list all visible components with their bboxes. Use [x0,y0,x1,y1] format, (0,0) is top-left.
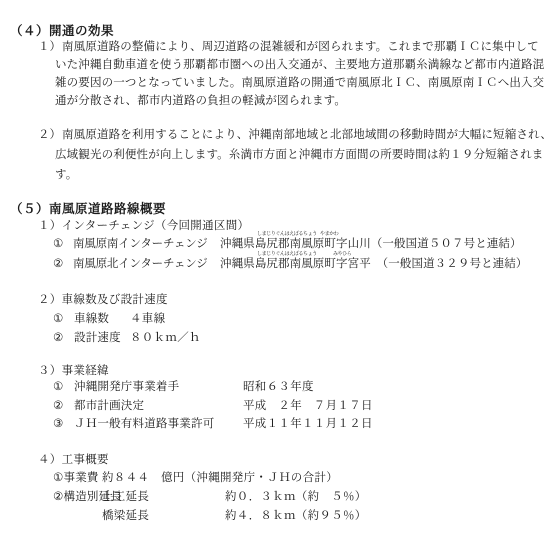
location-prefecture: 沖縄県 [220,258,255,270]
location-prefecture: 沖縄県 [220,238,255,250]
construction-row: ②構造別延長 土工延長 約０．３ｋｍ（約 ５％） [0,491,545,510]
interchange-name: 南風原北インターチェンジ [73,258,208,271]
text-line: す。 [55,169,537,189]
location-county: 島尻郡南風原町 [255,258,336,270]
spec-label: 設計速度 [74,332,121,345]
text-line: 雑の要因の一つとなっていました。南風原道路の開通で南風原北ＩＣ、南風原南ＩＣへ出… [55,77,537,95]
history-label: ＪＨ一般有料道路事業許可 [74,418,214,431]
history-row: ② 都市計画決定 平成 ２年 ７月１７日 [0,400,545,419]
text-line: 広域観光の利便性が向上します。糸満市方面と沖縄市方面間の所要時間は約１９分短縮さ… [55,149,537,169]
construction-sublabel: 約８４４ 億円（沖縄開発庁・ＪＨの合計） [102,472,338,485]
construction-row: ①事業費 約８４４ 億円（沖縄開発庁・ＪＨの合計） [0,472,545,491]
history-label: 都市計画決定 [74,400,144,413]
item-number: ① [53,238,63,251]
item-number: ③ [53,418,63,431]
location-link-note: （一般国道３２９号と連結） [371,258,528,270]
location-aza: 字 [336,258,348,270]
construction-sublabel: 土工延長 [102,491,149,504]
paragraph-lines: 南風原道路の整備により、周辺道路の混雑緩和が図られます。これまで那覇ＩＣに集中し… [55,41,537,113]
construction-subheading: ４）工事概要 [38,453,109,467]
text-line: 南風原道路の整備により、周辺道路の混雑緩和が図られます。これまで那覇ＩＣに集中し… [55,41,537,59]
furigana-place: やまかわ [320,232,338,237]
history-row: ③ ＪＨ一般有料道路事業許可 平成１１年１１月１２日 [0,418,545,437]
construction-label: ①事業費 [53,472,99,485]
construction-sublabel: 橋梁延長 [102,510,149,523]
spec-value: ８０ｋｍ／ｈ [130,332,201,345]
document-page: （４）開通の効果 １） 南風原道路の整備により、周辺道路の混雑緩和が図られます。… [0,0,545,542]
item-number: ② [53,332,63,345]
item-number: ② [53,400,63,413]
history-list: ① 沖縄開発庁事業着手 昭和６３年度 ② 都市計画決定 平成 ２年 ７月１７日 … [0,381,545,437]
lanes-subheading: ２）車線数及び設計速度 [38,293,168,307]
location-aza: 字 [336,238,348,250]
text-line: 南風原道路を利用することにより、沖縄南部地域と北部地域間の移動時間が大幅に短縮さ… [55,129,537,149]
interchange-item: ② 南風原北インターチェンジ 沖縄県島尻郡南風原町字宮平 （一般国道３２９号と連… [0,258,545,278]
location-link-note: （一般国道５０７号と連結） [371,238,522,250]
interchange-location: 沖縄県島尻郡南風原町字宮平 （一般国道３２９号と連結）しまじりぐんはえばるちょう… [220,258,527,271]
history-date: 平成 ２年 ７月１７日 [243,400,373,413]
history-label: 沖縄開発庁事業着手 [74,381,179,394]
construction-list: ①事業費 約８４４ 億円（沖縄開発庁・ＪＨの合計） ②構造別延長 土工延長 約０… [0,472,545,529]
construction-value: 約４．８ｋｍ（約９５％） [225,510,367,523]
item-number: ① [53,313,63,326]
furigana-county: しまじりぐんはえばるちょう [257,232,317,237]
location-place: 宮平 [348,258,371,270]
spec-label: 車線数 [74,313,109,326]
text-line: いた沖縄自動車道を使う那覇都市圏への出入交通が、主要地方道那覇糸満線など都市内道… [55,59,537,77]
location-county: 島尻郡南風原町 [255,238,336,250]
location-place: 山川 [348,238,371,250]
paragraph-lines: 南風原道路を利用することにより、沖縄南部地域と北部地域間の移動時間が大幅に短縮さ… [55,129,537,189]
history-row: ① 沖縄開発庁事業着手 昭和６３年度 [0,381,545,400]
spec-row: ① 車線数 ４車線 [0,313,545,332]
text-line: 通が分散され、都市内道路の負担の軽減が図られます。 [55,95,537,113]
furigana-county: しまじりぐんはえばるちょう [257,252,317,257]
construction-row: 橋梁延長 約４．８ｋｍ（約９５％） [0,510,545,529]
furigana-place: みやひら [333,252,351,257]
spec-value: ４車線 [130,313,165,326]
item-number: ② [53,258,63,271]
section4-heading: （４）開通の効果 [10,24,114,38]
construction-value: 約０．３ｋｍ（約 ５％） [225,491,367,504]
item-number: ① [53,381,63,394]
interchange-subheading: １）インターチェンジ（今回開通区間） [38,219,249,233]
history-date: 昭和６３年度 [243,381,314,394]
interchange-list: ① 南風原南インターチェンジ 沖縄県島尻郡南風原町字山川（一般国道５０７号と連結… [0,238,545,278]
section5-heading: （５）南風原道路路線概要 [10,202,166,216]
interchange-name: 南風原南インターチェンジ [73,238,208,251]
lanes-list: ① 車線数 ４車線 ② 設計速度 ８０ｋｍ／ｈ [0,313,545,351]
history-subheading: ３）事業経緯 [38,364,109,378]
history-date: 平成１１年１１月１２日 [243,418,373,431]
interchange-location: 沖縄県島尻郡南風原町字山川（一般国道５０７号と連結）しまじりぐんはえばるちょうや… [220,238,522,251]
spec-row: ② 設計速度 ８０ｋｍ／ｈ [0,332,545,351]
